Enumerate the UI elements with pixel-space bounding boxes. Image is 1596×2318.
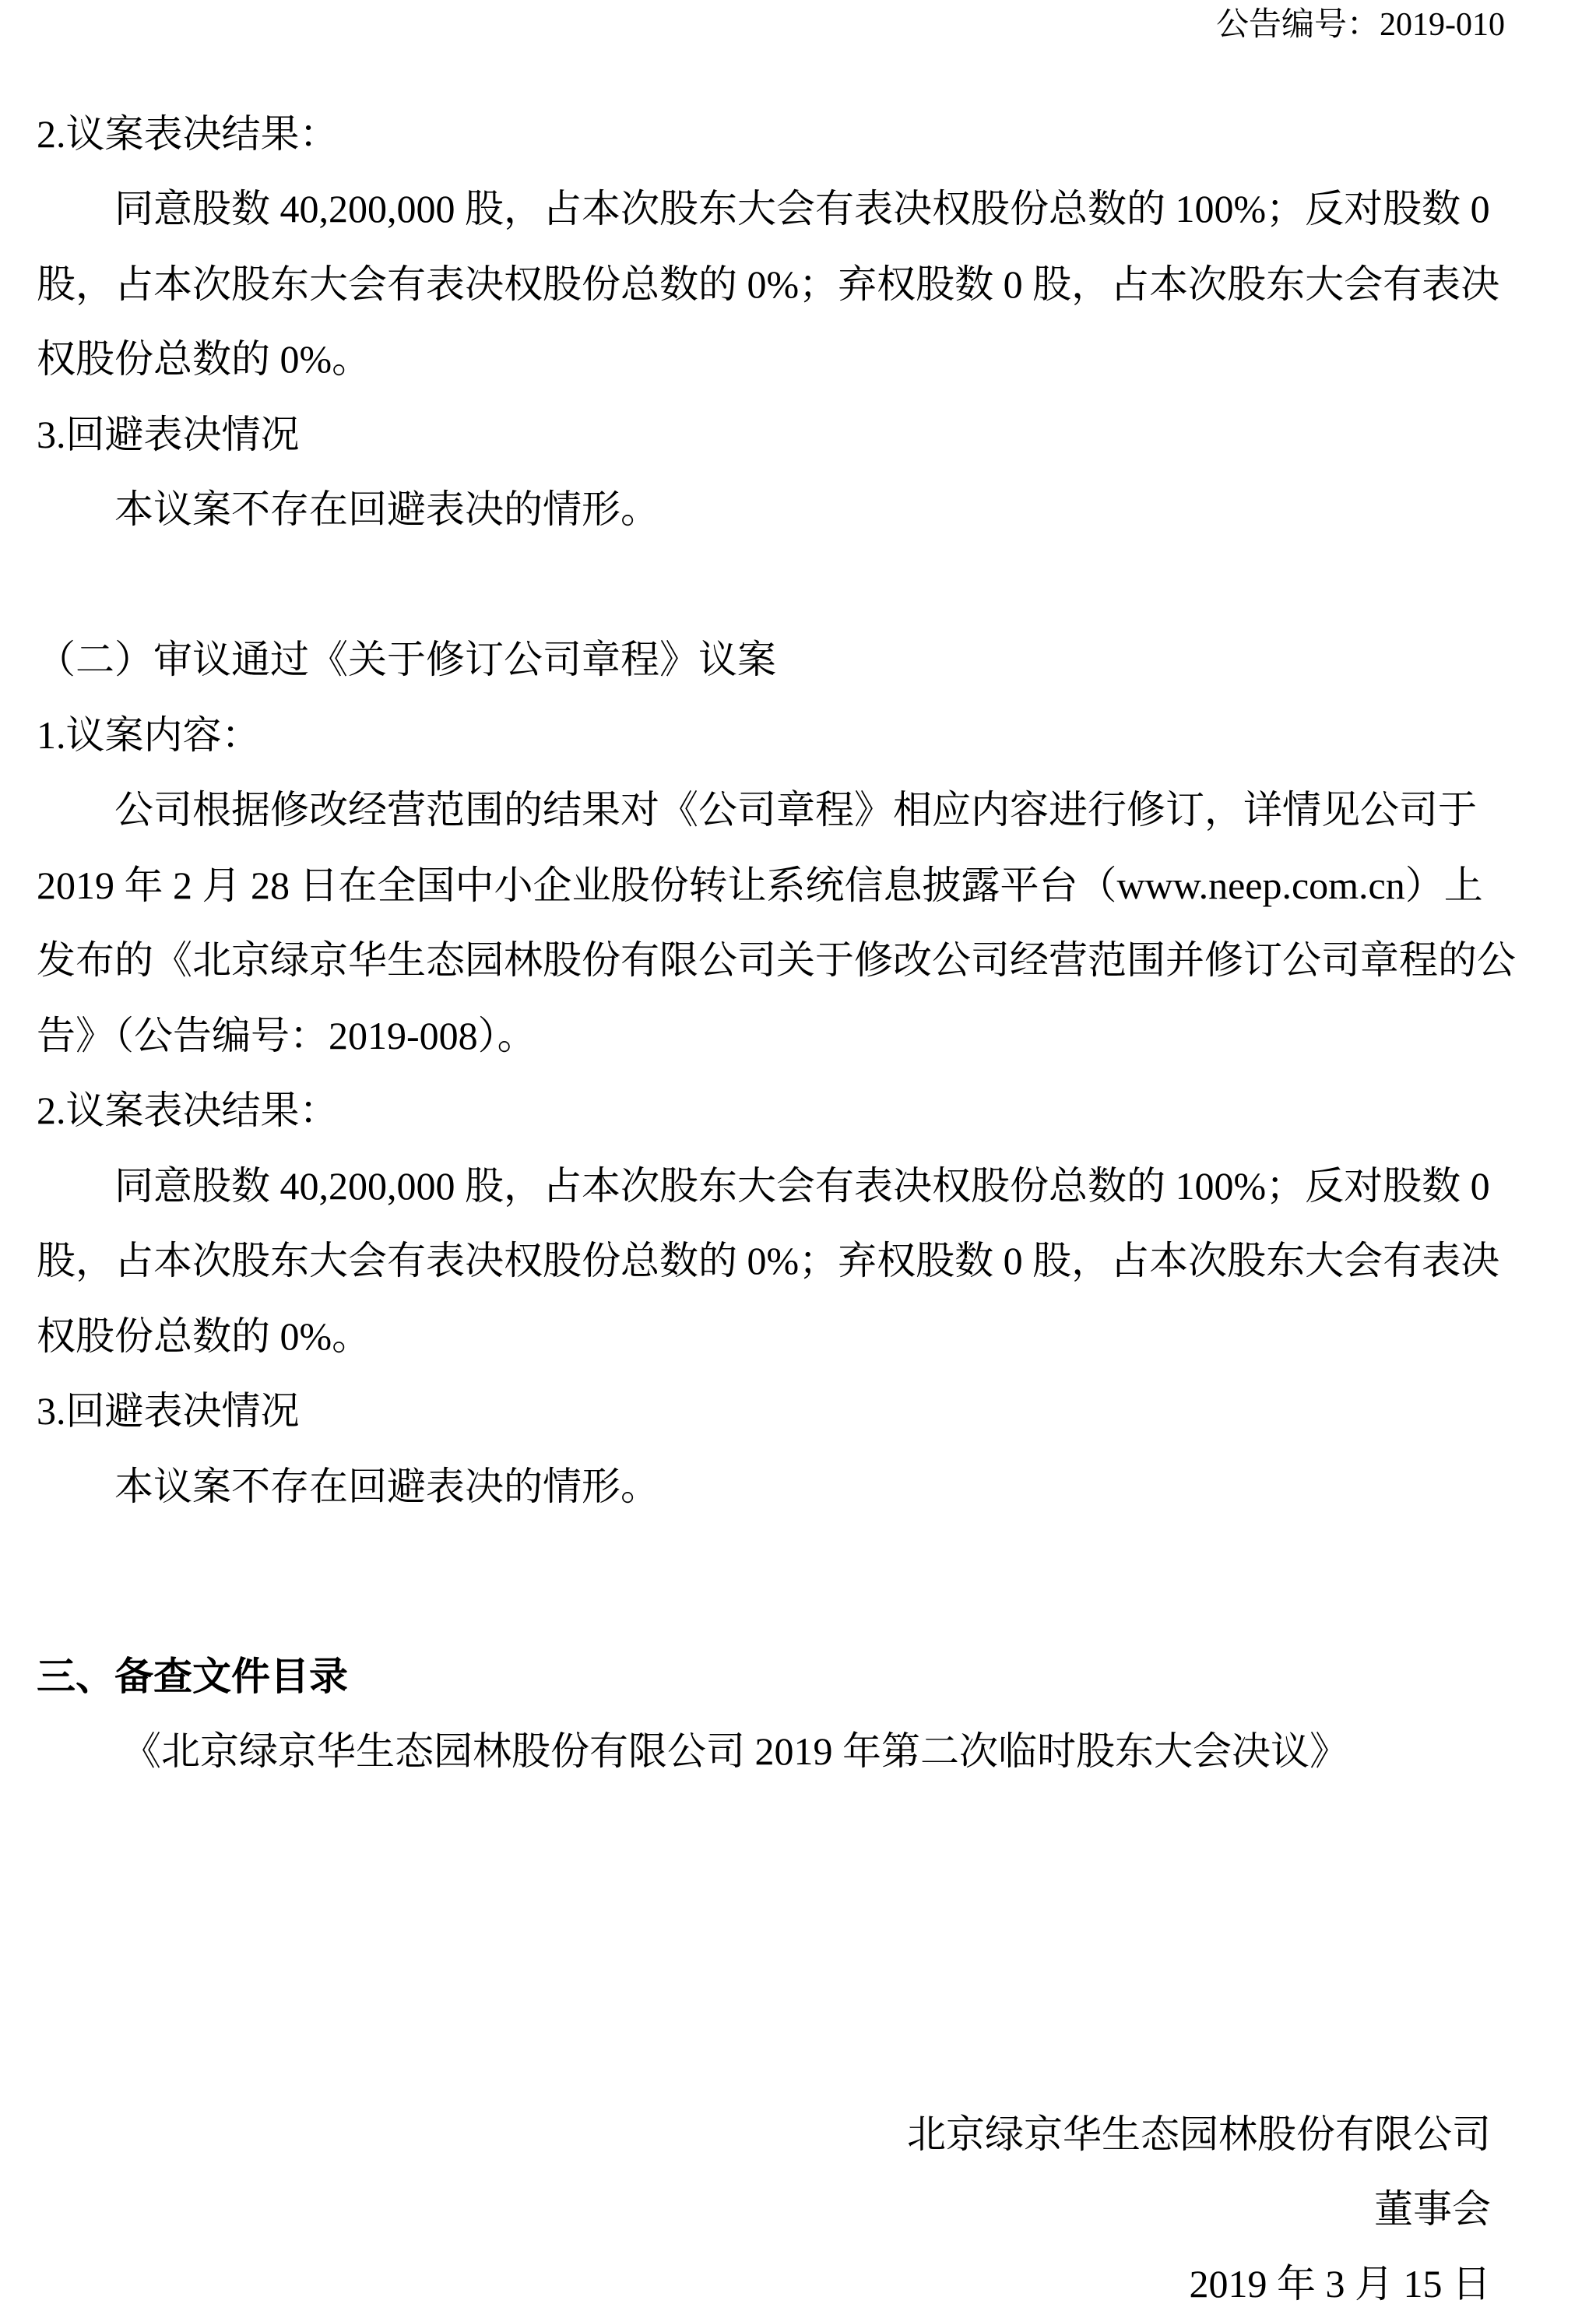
proposal1-vote-result-heading: 2.议案表决结果： (37, 96, 1505, 172)
proposal2-vote-result-line1: 同意股数 40,200,000 股，占本次股东大会有表决权股份总数的 100%；… (37, 1148, 1505, 1224)
proposal2-content-line2: 2019 年 2 月 28 日在全国中小企业股份转让系统信息披露平台（www.n… (37, 847, 1505, 923)
section3-heading: 三、备查文件目录 (37, 1638, 1505, 1715)
proposal2-content-line4: 告》（公告编号：2019-008）。 (37, 997, 1505, 1074)
proposal2-recusal-text: 本议案不存在回避表决的情形。 (37, 1448, 1505, 1525)
proposal2-vote-result-heading: 2.议案表决结果： (37, 1072, 1505, 1148)
proposal1-recusal-heading: 3.回避表决情况 (37, 396, 1505, 473)
proposal1-vote-result-line2: 股，占本次股东大会有表决权股份总数的 0%；弃权股数 0 股，占本次股东大会有表… (37, 246, 1505, 322)
proposal2-content-line1: 公司根据修改经营范围的结果对《公司章程》相应内容进行修订，详情见公司于 (37, 772, 1505, 848)
proposal2-vote-result-line2: 股，占本次股东大会有表决权股份总数的 0%；弃权股数 0 股，占本次股东大会有表… (37, 1222, 1505, 1299)
proposal2-content-heading: 1.议案内容： (37, 697, 1505, 773)
proposal1-vote-result-line3: 权股份总数的 0%。 (37, 321, 1505, 397)
proposal1-recusal-text: 本议案不存在回避表决的情形。 (37, 471, 1505, 547)
reference-document-title: 《北京绿京华生态园林股份有限公司 2019 年第二次临时股东大会决议》 (37, 1713, 1505, 1789)
signature-board-of-directors: 董事会 (37, 2171, 1505, 2247)
document-page: 公告编号：2019-010 2.议案表决结果： 同意股数 40,200,000 … (0, 0, 1596, 2318)
signature-company-name: 北京绿京华生态园林股份有限公司 (37, 2096, 1505, 2172)
proposal2-vote-result-line3: 权股份总数的 0%。 (37, 1298, 1505, 1374)
proposal1-vote-result-line1: 同意股数 40,200,000 股，占本次股东大会有表决权股份总数的 100%；… (37, 171, 1505, 247)
proposal2-content-line3: 发布的《北京绿京华生态园林股份有限公司关于修改公司经营范围并修订公司章程的公 (37, 922, 1505, 998)
proposal2-recusal-heading: 3.回避表决情况 (37, 1373, 1505, 1449)
signature-date: 2019 年 3 月 15 日 (37, 2246, 1505, 2318)
announcement-number: 公告编号：2019-010 (37, 3, 1505, 47)
proposal2-section-heading: （二）审议通过《关于修订公司章程》议案 (37, 621, 1505, 698)
